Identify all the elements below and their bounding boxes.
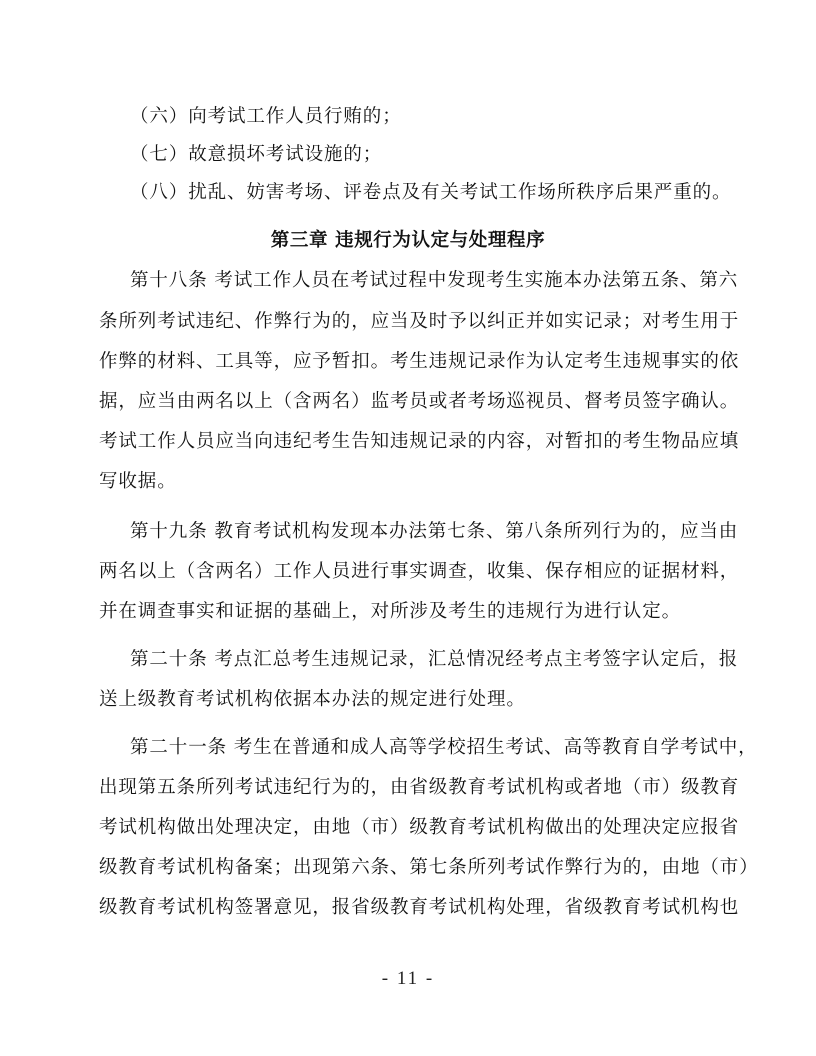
article-line: 并在调查事实和证据的基础上，对所涉及考生的违规行为进行认定。: [99, 600, 717, 624]
article-line: 级教育考试机构签署意见，报省级教育考试机构处理，省级教育考试机构也: [99, 896, 717, 920]
article-line: 第二十条 考点汇总考生违规记录，汇总情况经考点主考签字认定后，报: [130, 648, 717, 672]
article-line: 出现第五条所列考试违纪行为的，由省级教育考试机构或者地（市）级教育: [99, 776, 717, 800]
list-item-6: （六）向考试工作人员行贿的；: [130, 105, 717, 129]
article-line: 级教育考试机构备案；出现第六条、第七条所列考试作弊行为的，由地（市）: [99, 856, 717, 880]
list-item-8: （八）扰乱、妨害考场、评卷点及有关考试工作场所秩序后果严重的。: [130, 181, 717, 205]
article-line: 考试机构做出处理决定，由地（市）级教育考试机构做出的处理决定应报省: [99, 816, 717, 840]
chapter-heading: 第三章 违规行为认定与处理程序: [99, 229, 717, 253]
list-item-7: （七）故意损坏考试设施的；: [130, 143, 717, 167]
article-line: 第十八条 考试工作人员在考试过程中发现考生实施本办法第五条、第六: [130, 269, 717, 293]
article-line: 第十九条 教育考试机构发现本办法第七条、第八条所列行为的，应当由: [130, 520, 717, 544]
page-number: - 11 -: [0, 968, 816, 990]
article-line: 条所列考试违纪、作弊行为的，应当及时予以纠正并如实记录；对考生用于: [99, 310, 717, 334]
article-line: 考试工作人员应当向违纪考生告知违规记录的内容，对暂扣的考生物品应填: [99, 430, 717, 454]
article-line: 第二十一条 考生在普通和成人高等学校招生考试、高等教育自学考试中，: [130, 736, 717, 760]
article-line: 写收据。: [99, 470, 717, 494]
article-line: 据，应当由两名以上（含两名）监考员或者考场巡视员、督考员签字确认。: [99, 390, 717, 414]
article-line: 两名以上（含两名）工作人员进行事实调查，收集、保存相应的证据材料，: [99, 560, 717, 584]
article-line: 作弊的材料、工具等，应予暂扣。考生违规记录作为认定考生违规事实的依: [99, 350, 717, 374]
article-line: 送上级教育考试机构依据本办法的规定进行处理。: [99, 688, 717, 712]
